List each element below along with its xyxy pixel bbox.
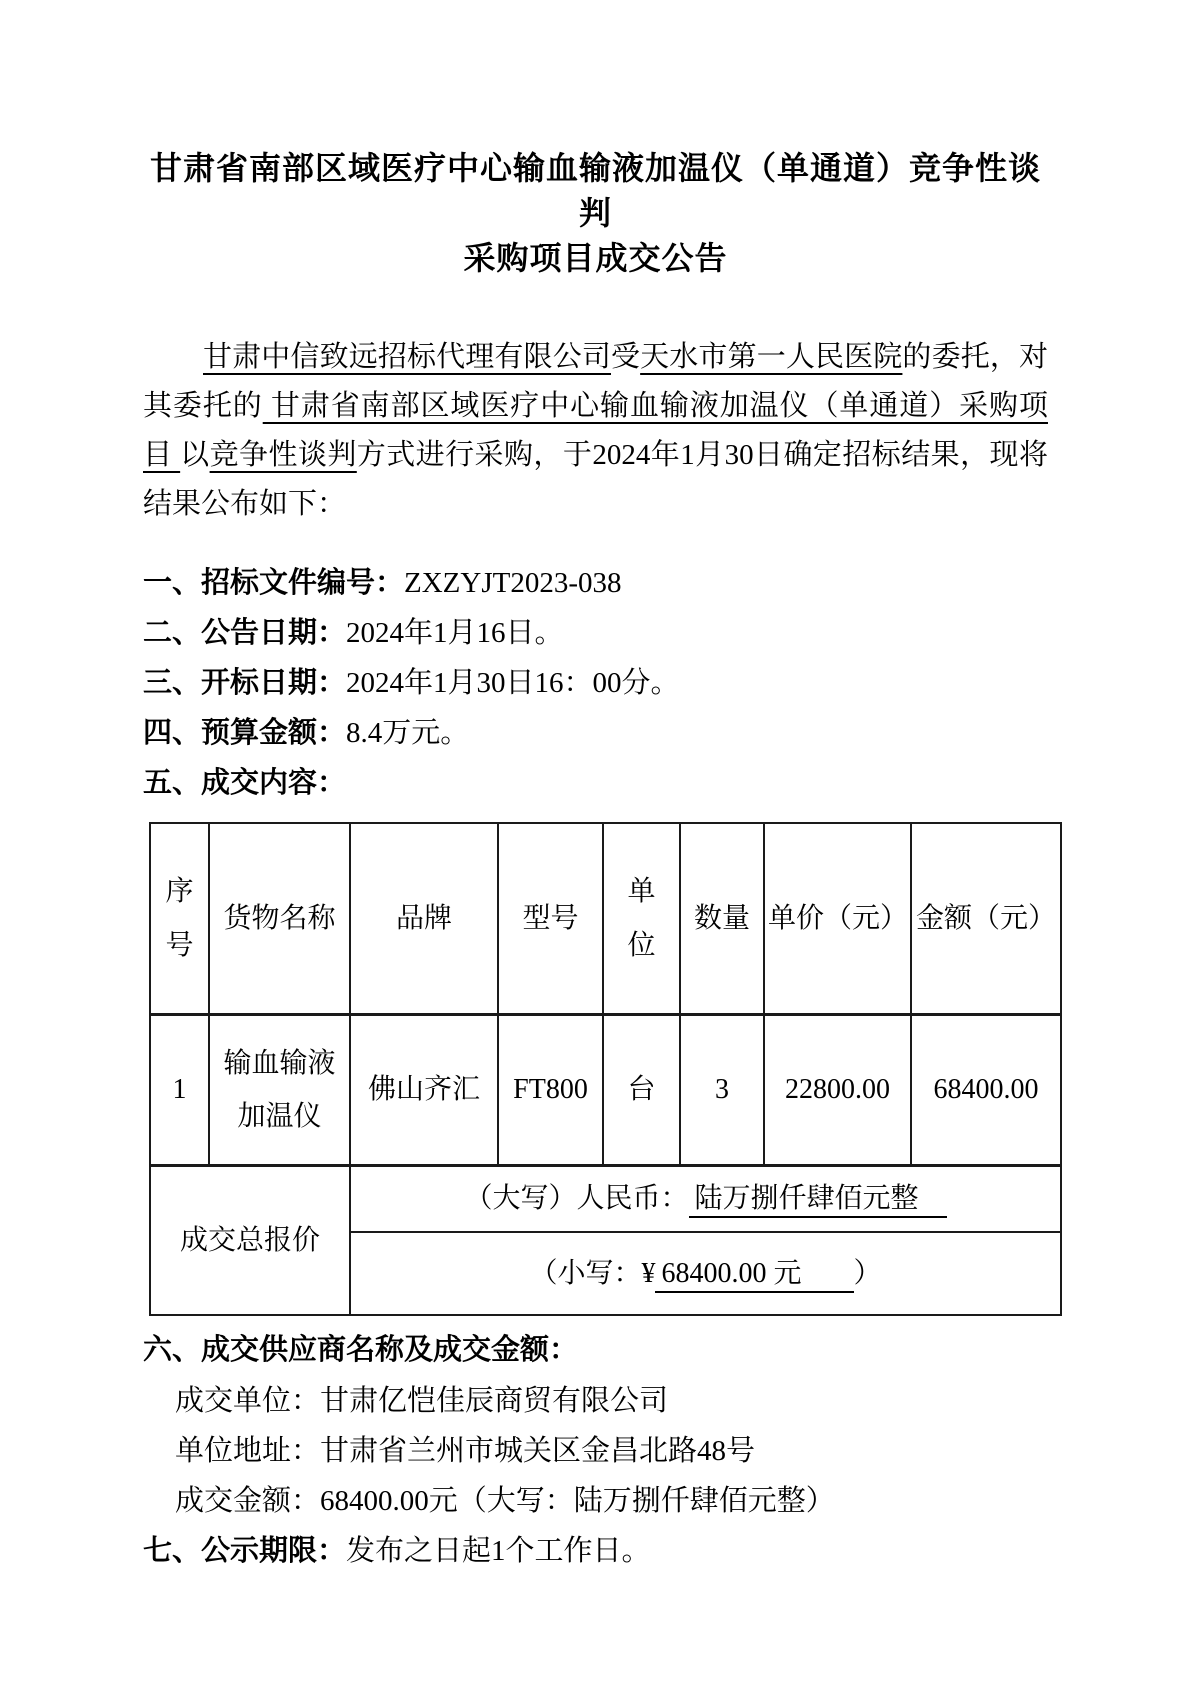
cell-model: FT800 bbox=[498, 1015, 603, 1166]
intro-text: 以 bbox=[180, 439, 209, 471]
header-unit-label: 单位 bbox=[626, 865, 656, 971]
header-cell-goods: 货物名称 bbox=[209, 823, 350, 1015]
total-amount-figures: 68400.00 元 bbox=[655, 1258, 853, 1293]
header-cell-amount: 金额（元） bbox=[911, 823, 1061, 1015]
total-upper-row: 成交总报价 （大写）人民币：陆万捌仟肆佰元整 bbox=[150, 1166, 1061, 1233]
section6-heading-label: 六、成交供应商名称及成交金额： bbox=[143, 1334, 578, 1366]
section7-value: 发布之日起1个工作日。 bbox=[346, 1535, 651, 1567]
total-upper-prefix: （大写）人民币： bbox=[464, 1183, 688, 1214]
total-lower-cell: （小写：¥68400.00 元） bbox=[350, 1232, 1061, 1315]
item-bid-open-date-label: 三、开标日期： bbox=[143, 667, 346, 699]
cell-goods: 输血输液加温仪 bbox=[209, 1015, 350, 1166]
supplier-name-line: 成交单位：甘肃亿恺佳辰商贸有限公司 bbox=[143, 1376, 1048, 1426]
item-announce-date: 二、公告日期：2024年1月16日。 bbox=[143, 608, 1048, 658]
item-budget-value: 8.4万元。 bbox=[346, 717, 469, 749]
item-budget-label: 四、预算金额： bbox=[143, 717, 346, 749]
header-cell-unit: 单位 bbox=[603, 823, 680, 1015]
page-title-line2: 采购项目成交公告 bbox=[143, 236, 1048, 281]
item-award-content-label: 五、成交内容： bbox=[143, 767, 346, 799]
document-page: 甘肃省南部区域医疗中心输血输液加温仪（单通道）竞争性谈判 采购项目成交公告 甘肃… bbox=[0, 0, 1191, 1684]
total-label-cell: 成交总报价 bbox=[150, 1166, 350, 1316]
page-title: 甘肃省南部区域医疗中心输血输液加温仪（单通道）竞争性谈判 采购项目成交公告 bbox=[143, 0, 1048, 281]
item-doc-number-label: 一、招标文件编号： bbox=[143, 567, 404, 599]
table-data-row: 1 输血输液加温仪 佛山齐汇 FT800 台 3 22800.00 68400.… bbox=[150, 1015, 1061, 1166]
cell-unit-price: 22800.00 bbox=[764, 1015, 911, 1166]
cell-seq: 1 bbox=[150, 1015, 209, 1166]
intro-paragraph: 甘肃中信致远招标代理有限公司受天水市第一人民医院的委托，对其委托的 甘肃省南部区… bbox=[143, 333, 1048, 529]
supplier-address-value: 甘肃省兰州市城关区金昌北路48号 bbox=[320, 1435, 755, 1467]
hospital-name: 天水市第一人民医院 bbox=[640, 341, 902, 373]
item-doc-number: 一、招标文件编号：ZXZYJT2023-038 bbox=[143, 558, 1048, 608]
section7-line: 七、公示期限：发布之日起1个工作日。 bbox=[143, 1526, 1048, 1576]
item-doc-number-value: ZXZYJT2023-038 bbox=[404, 567, 621, 599]
numbered-items: 一、招标文件编号：ZXZYJT2023-038 二、公告日期：2024年1月16… bbox=[143, 558, 1048, 808]
document-content: 甘肃省南部区域医疗中心输血输液加温仪（单通道）竞争性谈判 采购项目成交公告 甘肃… bbox=[143, 0, 1048, 1576]
item-bid-open-date-value: 2024年1月30日16：00分。 bbox=[346, 667, 680, 699]
total-lower-prefix: （小写：¥ bbox=[529, 1258, 655, 1289]
cell-unit: 台 bbox=[603, 1015, 680, 1166]
supplier-name-value: 甘肃亿恺佳辰商贸有限公司 bbox=[320, 1385, 668, 1417]
header-cell-model: 型号 bbox=[498, 823, 603, 1015]
award-amount-value: 68400.00元（大写：陆万捌仟肆佰元整） bbox=[320, 1485, 835, 1517]
agency-name: 甘肃中信致远招标代理有限公司 bbox=[203, 341, 611, 373]
supplier-address-line: 单位地址：甘肃省兰州市城关区金昌北路48号 bbox=[143, 1426, 1048, 1476]
page-title-line1: 甘肃省南部区域医疗中心输血输液加温仪（单通道）竞争性谈判 bbox=[143, 146, 1048, 236]
total-lower-suffix: ） bbox=[854, 1258, 882, 1289]
supplier-name-label: 成交单位： bbox=[175, 1385, 320, 1417]
award-amount-label: 成交金额： bbox=[175, 1485, 320, 1517]
section7-label: 七、公示期限： bbox=[143, 1535, 346, 1567]
item-announce-date-label: 二、公告日期： bbox=[143, 617, 346, 649]
item-announce-date-value: 2024年1月16日。 bbox=[346, 617, 564, 649]
header-cell-unit-price: 单价（元） bbox=[764, 823, 911, 1015]
header-cell-seq: 序号 bbox=[150, 823, 209, 1015]
award-amount-line: 成交金额：68400.00元（大写：陆万捌仟肆佰元整） bbox=[143, 1476, 1048, 1526]
header-seq-label: 序号 bbox=[164, 865, 194, 971]
procurement-method: 竞争性谈判 bbox=[210, 439, 357, 471]
table-header-row: 序号 货物名称 品牌 型号 单位 数量 单价（元） 金额（元） bbox=[150, 823, 1061, 1015]
cell-brand: 佛山齐汇 bbox=[350, 1015, 498, 1166]
item-bid-open-date: 三、开标日期：2024年1月30日16：00分。 bbox=[143, 658, 1048, 708]
cell-qty: 3 bbox=[680, 1015, 764, 1166]
header-cell-brand: 品牌 bbox=[350, 823, 498, 1015]
cell-amount: 68400.00 bbox=[911, 1015, 1061, 1166]
intro-text: 受 bbox=[611, 341, 640, 373]
item-award-content: 五、成交内容： bbox=[143, 758, 1048, 808]
section6-heading: 六、成交供应商名称及成交金额： bbox=[143, 1324, 1048, 1376]
award-table: 序号 货物名称 品牌 型号 单位 数量 单价（元） 金额（元） 1 输血输液加温… bbox=[149, 822, 1062, 1316]
supplier-address-label: 单位地址： bbox=[175, 1435, 320, 1467]
item-budget: 四、预算金额：8.4万元。 bbox=[143, 708, 1048, 758]
total-amount-words: 陆万捌仟肆佰元整 bbox=[689, 1183, 947, 1218]
header-cell-qty: 数量 bbox=[680, 823, 764, 1015]
total-upper-cell: （大写）人民币：陆万捌仟肆佰元整 bbox=[350, 1166, 1061, 1233]
